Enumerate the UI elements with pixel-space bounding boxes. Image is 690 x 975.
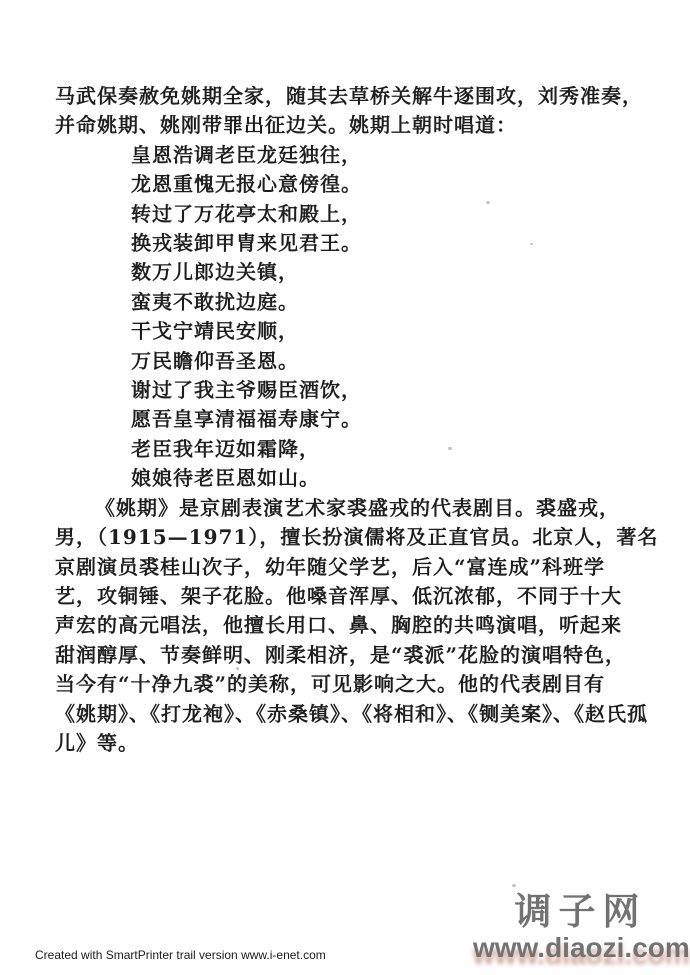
body-text: 马武保奏赦免姚期全家，随其去草桥关解牛逐围攻，刘秀准奏，并命姚期、姚刚带罪出征边… [55, 82, 645, 758]
text-line: 京剧演员裘桂山次子，幼年随父学艺，后入“富连成”科班学 [55, 553, 645, 582]
text-line: 并命姚期、姚刚带罪出征边关。姚期上朝时唱道： [55, 111, 645, 140]
scan-noise-speck [448, 447, 452, 450]
text-line: 《姚期》是京剧表演艺术家裘盛戎的代表剧目。裘盛戎， [55, 494, 645, 523]
watermark: 调子网 www.diaozi.com [473, 891, 688, 963]
scan-noise-speck [272, 306, 275, 308]
text-line: 数万儿郎边关镇， [55, 258, 645, 287]
text-line: 儿》等。 [55, 729, 645, 758]
scan-noise-speck [236, 667, 239, 670]
text-line: 蛮夷不敢扰边庭。 [55, 288, 645, 317]
commentary-paragraph: 《姚期》是京剧表演艺术家裘盛戎的代表剧目。裘盛戎，男，（1915—1971），擅… [55, 494, 645, 759]
text-line: 转过了万花亭太和殿上， [55, 200, 645, 229]
intro-paragraph: 马武保奏赦免姚期全家，随其去草桥关解牛逐围攻，刘秀准奏，并命姚期、姚刚带罪出征边… [55, 82, 645, 141]
scanned-book-page: 马武保奏赦免姚期全家，随其去草桥关解牛逐围攻，刘秀准奏，并命姚期、姚刚带罪出征边… [0, 0, 690, 975]
scan-noise-speck [512, 884, 516, 887]
printer-credit: Created with SmartPrinter trail version … [35, 948, 326, 962]
text-line: 换戎装卸甲胄来见君王。 [55, 229, 645, 258]
text-line: 艺，攻铜锤、架子花脸。他嗓音浑厚、低沉浓郁，不同于十大 [55, 582, 645, 611]
text-line: 甜润醇厚、节奏鲜明、刚柔相济，是“裘派”花脸的演唱特色， [55, 641, 645, 670]
text-line: 马武保奏赦免姚期全家，随其去草桥关解牛逐围攻，刘秀准奏， [55, 82, 645, 111]
aria-lyrics: 皇恩浩调老臣龙廷独往，龙恩重愧无报心意傍徨。转过了万花亭太和殿上，换戎装卸甲胄来… [55, 141, 645, 494]
text-line: 万民瞻仰吾圣恩。 [55, 347, 645, 376]
watermark-site-url: www.diaozi.com [473, 933, 688, 963]
watermark-site-name: 调子网 [473, 891, 688, 933]
text-line: 男，（1915—1971），擅长扮演儒将及正直官员。北京人，著名 [55, 523, 645, 552]
scan-noise-speck [486, 201, 490, 204]
text-line: 当今有“十净九裘”的美称，可见影响之大。他的代表剧目有 [55, 670, 645, 699]
text-line: 愿吾皇享清福福寿康宁。 [55, 405, 645, 434]
text-line: 娘娘待老臣恩如山。 [55, 464, 645, 493]
text-line: 谢过了我主爷赐臣酒饮， [55, 376, 645, 405]
text-line: 干戈宁靖民安顺， [55, 317, 645, 346]
text-line: 老臣我年迈如霜降， [55, 435, 645, 464]
text-line: 龙恩重愧无报心意傍徨。 [55, 170, 645, 199]
text-line: 皇恩浩调老臣龙廷独往， [55, 141, 645, 170]
text-line: 《姚期》、《打龙袍》、《赤桑镇》、《将相和》、《铡美案》、《赵氏孤 [55, 700, 645, 729]
text-line: 声宏的高元唱法，他擅长用口、鼻、胸腔的共鸣演唱，听起来 [55, 611, 645, 640]
scan-noise-speck [530, 243, 533, 245]
